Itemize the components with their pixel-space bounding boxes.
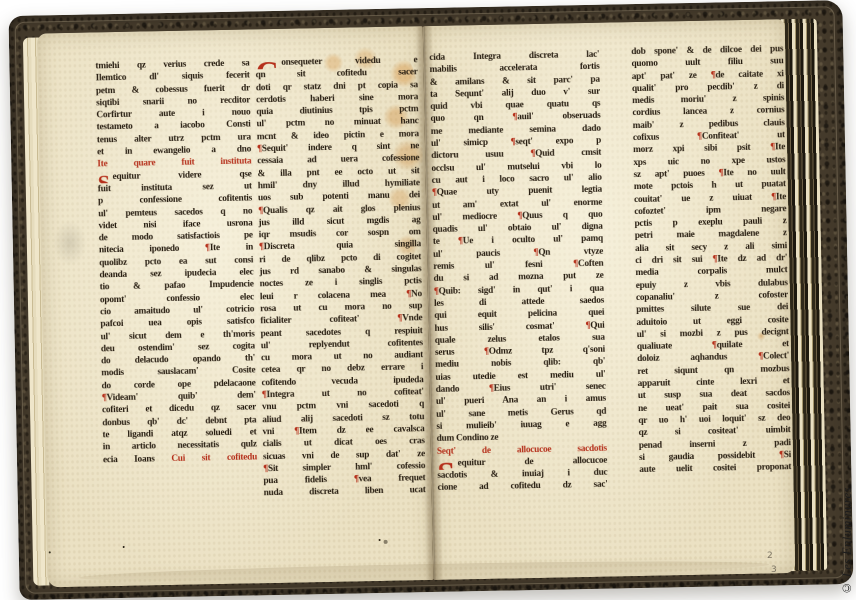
illuminated-initial: C — [255, 58, 278, 70]
pencil-folio-number-top: 2 — [767, 552, 773, 561]
illuminated-initial: S — [97, 172, 109, 184]
text-column-right-1: cida Integra discreta lac'mabilis accele… — [429, 49, 607, 495]
ink-specks — [123, 546, 125, 548]
pencil-folio-number-bottom: 3 — [771, 566, 777, 575]
manuscript-book: tmiehi qz verius crede saIlemtico dl' si… — [8, 0, 853, 600]
illuminated-initial: S — [437, 458, 455, 470]
text-column-left-1: tmiehi qz verius crede saIlemtico dl' si… — [95, 57, 257, 466]
text-column-left-2: Consequeter videdu eqn sit cofitedu sace… — [255, 54, 425, 500]
text-column-right-2: dob spone' & de dilcoe dei pusquomo uult… — [631, 43, 791, 476]
copyright-label: © Les Enluminures — [840, 445, 855, 595]
